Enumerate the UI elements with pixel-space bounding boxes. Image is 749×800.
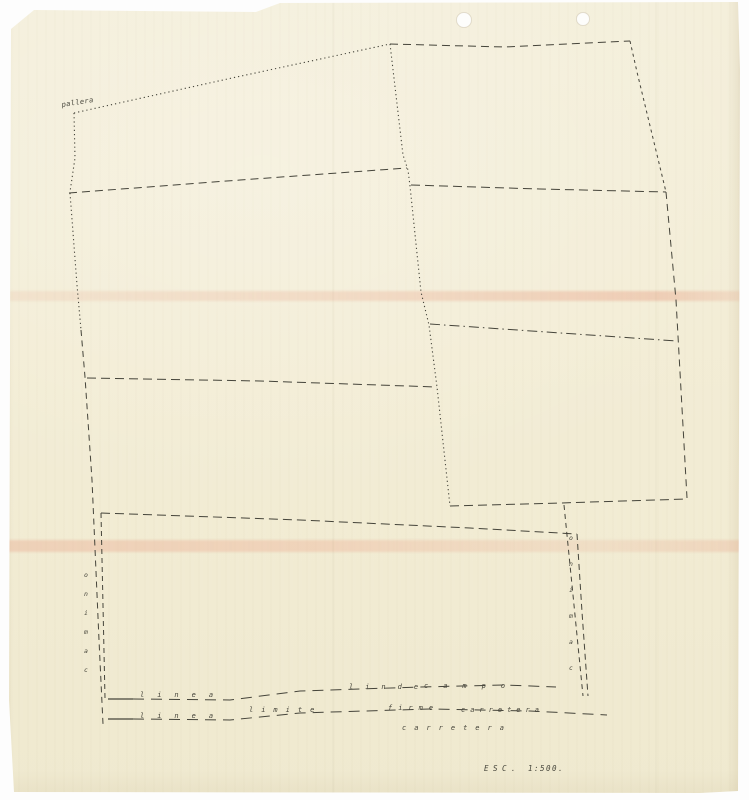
paper-fold-line-upper — [0, 291, 749, 301]
paper-crease-right — [655, 0, 657, 800]
paper-crease-left — [332, 0, 334, 800]
paper-fold-line-lower — [0, 540, 749, 552]
paper-sheet — [0, 0, 749, 800]
scanner-background: palleraonimaconimaclinealindecampolineal… — [0, 0, 749, 800]
